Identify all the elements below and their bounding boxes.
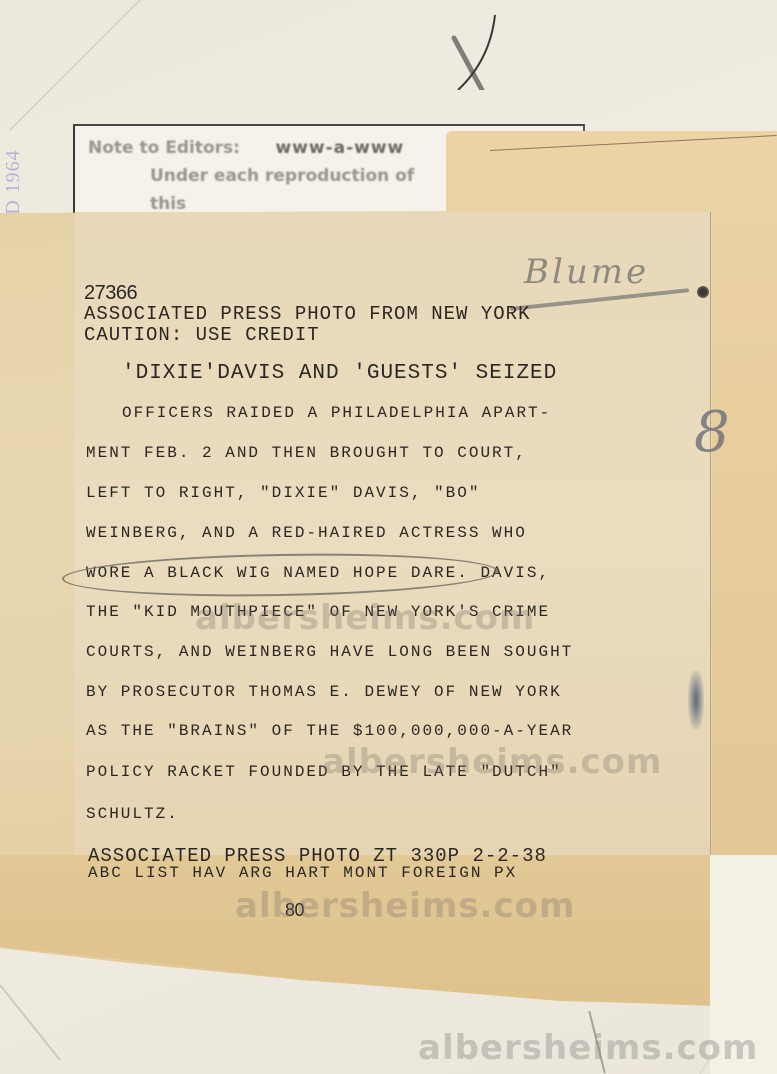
caption-body-line: BY PROSECUTOR THOMAS E. DEWEY OF NEW YOR… — [86, 683, 562, 701]
editors-note-heading: Note to Editors: — [88, 138, 240, 158]
pencil-x-mark — [450, 10, 510, 90]
caption-headline: 'DIXIE'DAVIS AND 'GUESTS' SEIZED — [122, 362, 557, 385]
caption-serial-number: 27366 — [84, 282, 137, 305]
caption-body-line: COURTS, AND WEINBERG HAVE LONG BEEN SOUG… — [86, 643, 573, 661]
handwritten-number: 8 — [694, 400, 730, 465]
caption-body-line: WEINBERG, AND A RED-HAIRED ACTRESS WHO — [86, 524, 527, 542]
caption-body-line: AS THE "BRAINS" OF THE $100,000,000-A-YE… — [86, 722, 573, 740]
watermark: albersheims.com — [235, 886, 575, 926]
ink-dot — [697, 286, 709, 298]
caption-header-line-2: CAUTION: USE CREDIT — [84, 324, 320, 346]
caption-body-line: SCHULTZ. — [86, 805, 179, 823]
ink-smudge — [688, 670, 704, 730]
caption-body-line: LEFT TO RIGHT, "DIXIE" DAVIS, "BO" — [86, 484, 480, 502]
caption-body-line: MENT FEB. 2 AND THEN BROUGHT TO COURT, — [86, 444, 527, 462]
editors-note-line-2: Under each reproduction of this — [88, 162, 448, 218]
caption-body-line: OFFICERS RAIDED A PHILADELPHIA APART- — [122, 404, 551, 422]
watermark: albersheims.com — [195, 598, 535, 638]
watermark: albersheims.com — [322, 742, 662, 782]
caption-footer-line-2: ABC LIST HAV ARG HART MONT FOREIGN PX — [88, 864, 517, 882]
editors-note-struck-text: www-a-www — [275, 138, 404, 158]
handwritten-name: Blume — [524, 252, 649, 292]
watermark: albersheims.com — [418, 1028, 758, 1068]
caption-header-line-1: ASSOCIATED PRESS PHOTO FROM NEW YORK — [84, 303, 530, 325]
